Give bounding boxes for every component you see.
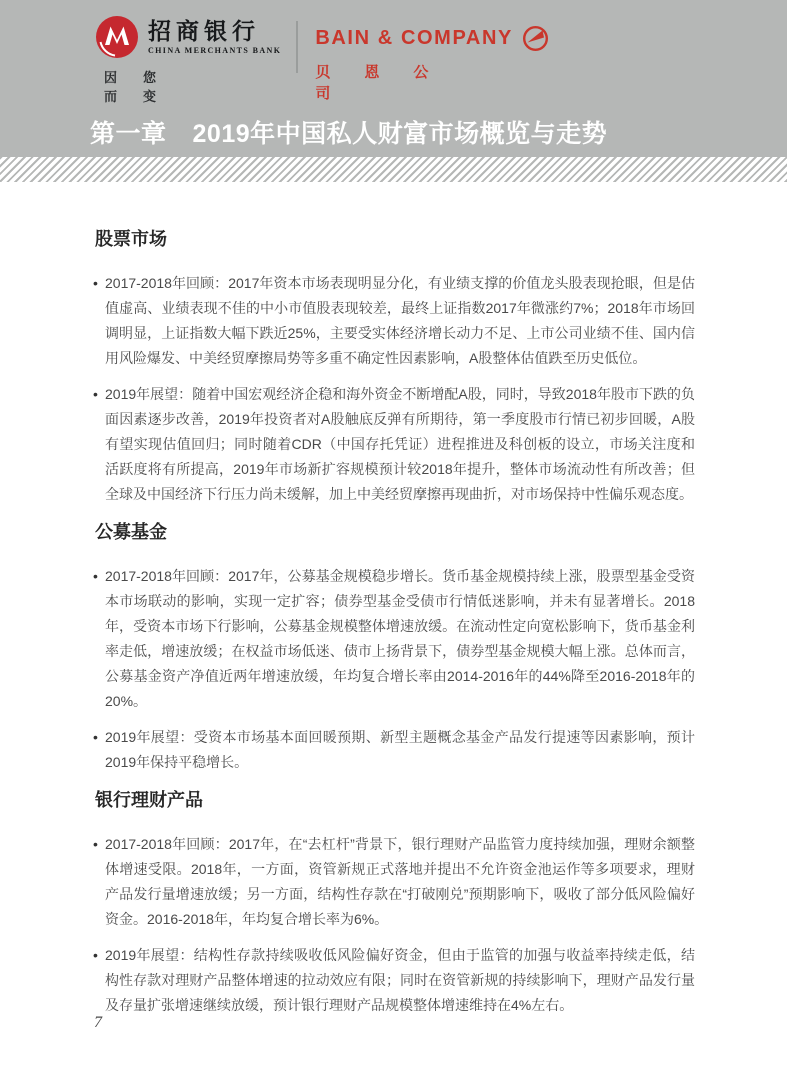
bain-name-cn: 贝恩公司: [315, 61, 478, 103]
bullet-list: 2017-2018年回顾：2017年，公募基金规模稳步增长。货币基金规模持续上涨…: [95, 564, 695, 775]
report-body: 股票市场 2017-2018年回顾：2017年资本市场表现明显分化，有业绩支撑的…: [0, 182, 787, 1018]
bain-name-en: BAIN & COMPANY: [315, 27, 513, 50]
section-heading: 银行理财产品: [95, 789, 695, 812]
chapter-title: 第一章2019年中国私人财富市场概览与走势: [90, 114, 607, 150]
diagonal-stripes: [0, 157, 787, 182]
section-heading: 公募基金: [95, 521, 695, 544]
cmb-slogan-text: 因您而变: [104, 67, 220, 105]
section-stock-market: 股票市场 2017-2018年回顾：2017年资本市场表现明显分化，有业绩支撑的…: [95, 228, 695, 507]
bullet-item: 2017-2018年回顾：2017年，在“去杠杆”背景下，银行理财产品监管力度持…: [95, 832, 695, 932]
bain-compass-icon: [522, 25, 549, 52]
cmb-logo-block: 招商银行 CHINA MERCHANTS BANK 因您而变: [95, 15, 281, 105]
logo-row: 招商银行 CHINA MERCHANTS BANK 因您而变 BAIN & CO…: [95, 15, 549, 105]
bullet-item: 2017-2018年回顾：2017年资本市场表现明显分化，有业绩支撑的价值龙头股…: [95, 271, 695, 371]
logo-divider: [296, 21, 298, 73]
section-heading: 股票市场: [95, 228, 695, 251]
page-number: 7: [94, 1014, 102, 1032]
cmb-logo-icon: [95, 15, 139, 59]
cmb-name-en: CHINA MERCHANTS BANK: [148, 46, 281, 55]
bain-logo-block: BAIN & COMPANY 贝恩公司: [315, 25, 549, 103]
bain-name-cn-text: 贝恩公司: [315, 61, 478, 103]
section-bank-wealth-products: 银行理财产品 2017-2018年回顾：2017年，在“去杠杆”背景下，银行理财…: [95, 789, 695, 1018]
bullet-item: 2019年展望：结构性存款持续吸收低风险偏好资金，但由于监管的加强与收益率持续走…: [95, 943, 695, 1018]
cmb-logo-text: 招商银行 CHINA MERCHANTS BANK: [148, 15, 281, 55]
cmb-slogan: 因您而变: [104, 67, 220, 105]
bullet-item: 2019年展望：随着中国宏观经济企稳和海外资金不断增配A股，同时，导致2018年…: [95, 382, 695, 507]
section-mutual-funds: 公募基金 2017-2018年回顾：2017年，公募基金规模稳步增长。货币基金规…: [95, 521, 695, 775]
bullet-item: 2017-2018年回顾：2017年，公募基金规模稳步增长。货币基金规模持续上涨…: [95, 564, 695, 714]
cmb-name-cn: 招商银行: [148, 19, 281, 44]
chapter-title-text: 2019年中国私人财富市场概览与走势: [193, 120, 608, 148]
header-band: 招商银行 CHINA MERCHANTS BANK 因您而变 BAIN & CO…: [0, 0, 787, 157]
bullet-list: 2017-2018年回顾：2017年，在“去杠杆”背景下，银行理财产品监管力度持…: [95, 832, 695, 1018]
chapter-label: 第一章: [90, 120, 167, 148]
report-page: 招商银行 CHINA MERCHANTS BANK 因您而变 BAIN & CO…: [0, 0, 787, 1018]
bullet-item: 2019年展望：受资本市场基本面回暖预期、新型主题概念基金产品发行提速等因素影响…: [95, 725, 695, 775]
bullet-list: 2017-2018年回顾：2017年资本市场表现明显分化，有业绩支撑的价值龙头股…: [95, 271, 695, 507]
